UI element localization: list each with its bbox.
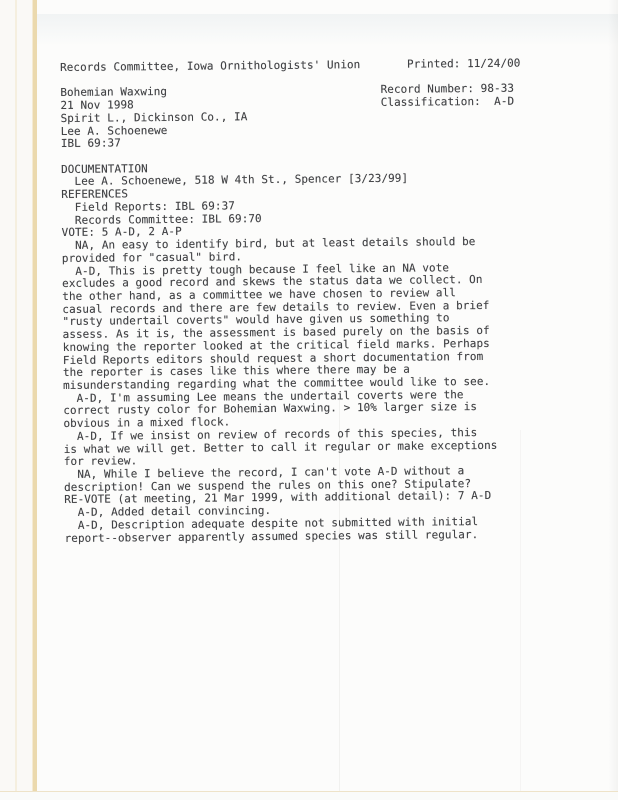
document-text: Records Committee, Iowa Ornithologists' … [60,58,525,546]
scanned-document: Records Committee, Iowa Ornithologists' … [0,0,618,800]
scan-bottom-edge [0,791,618,800]
paper-crease-faint [15,0,17,800]
scan-right-shading [608,0,618,791]
scan-top-shading [37,14,618,46]
